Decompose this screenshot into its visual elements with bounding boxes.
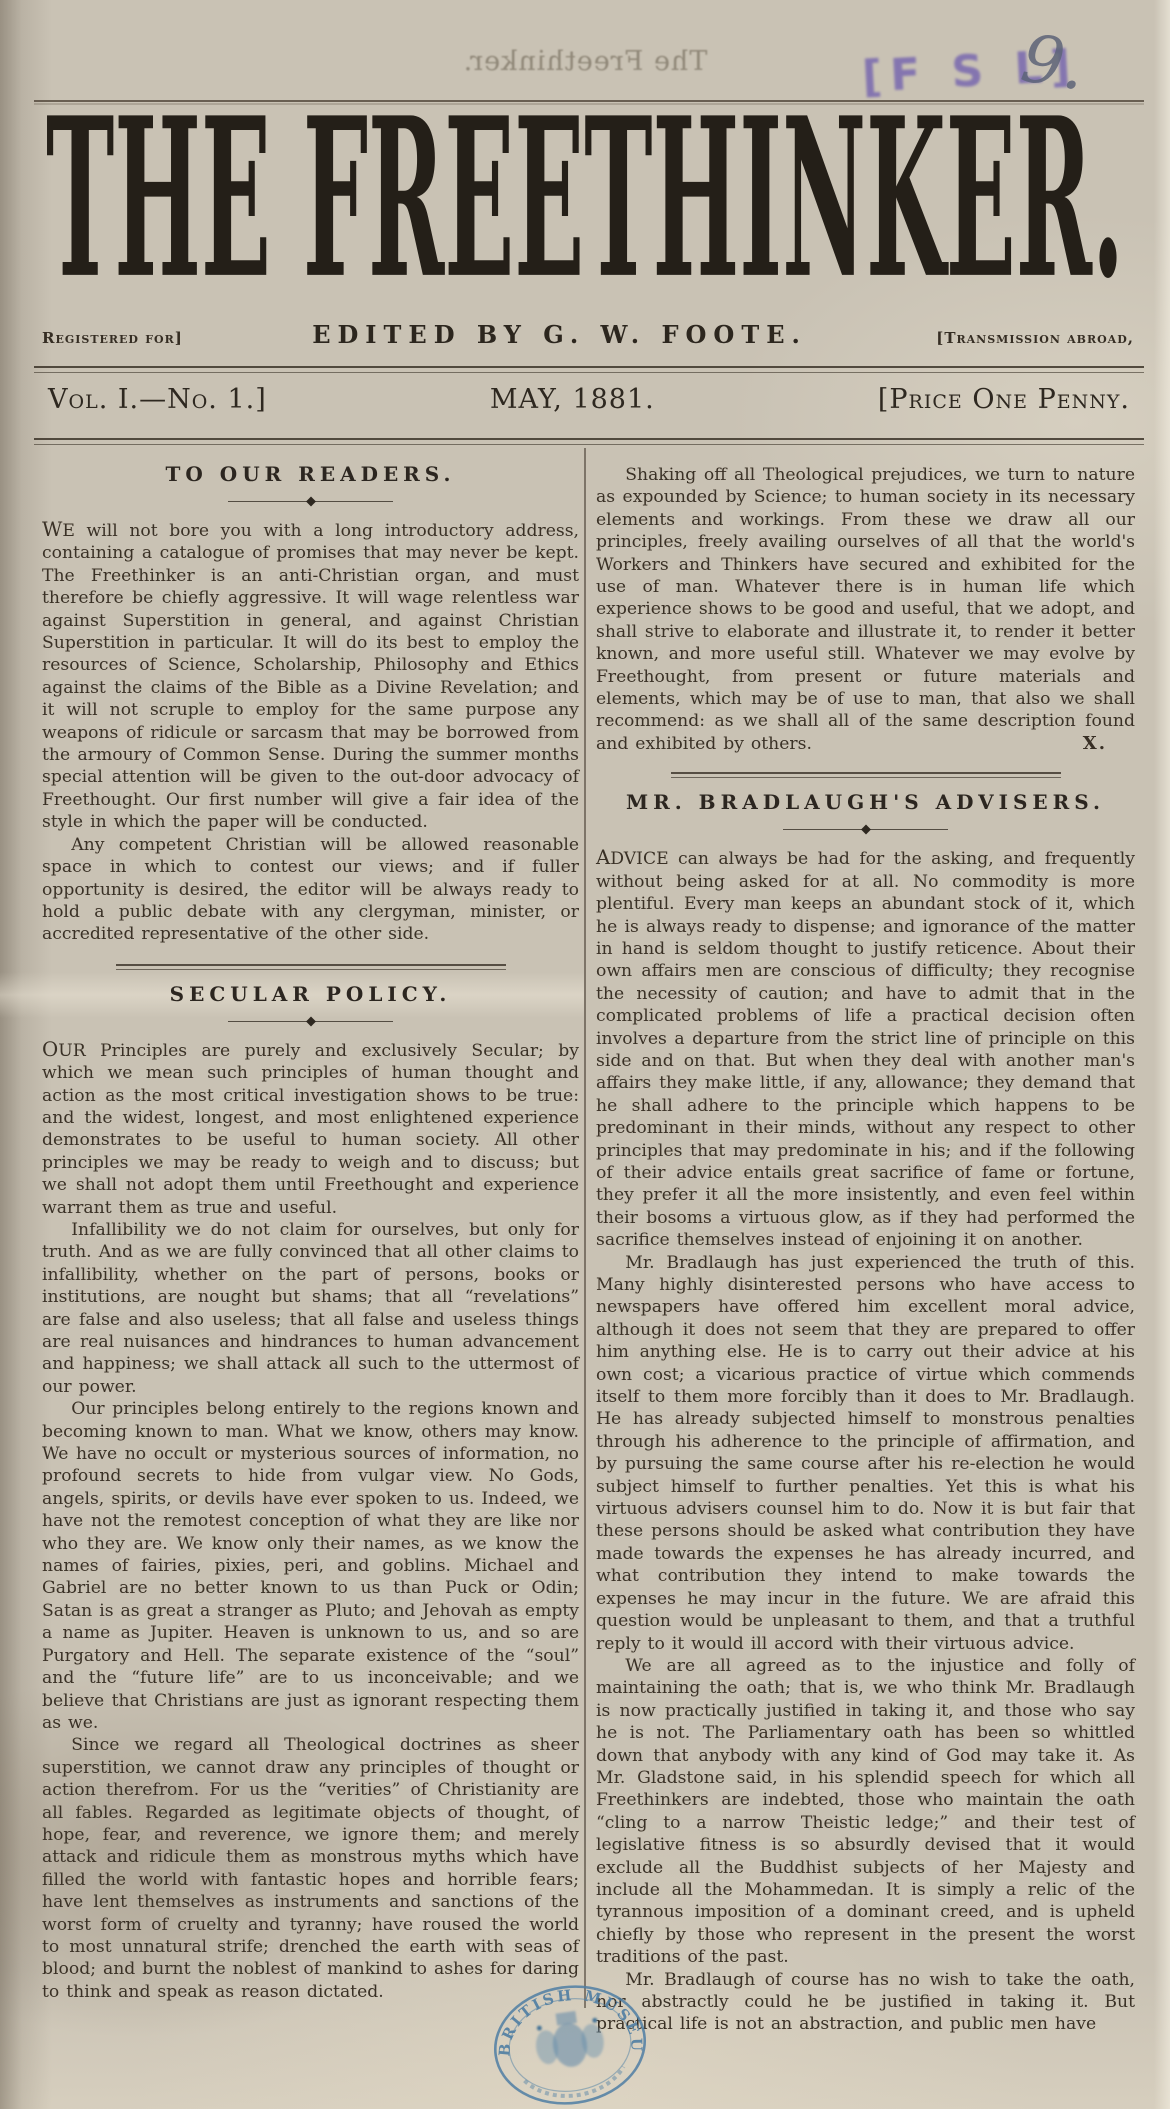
stamp-crest <box>532 2008 607 2072</box>
museum-stamp-svg: BRITISH MUSEUM <box>490 1982 650 2109</box>
paragraph: WE will not bore you with a long introdu… <box>42 519 579 834</box>
article-divider <box>116 964 506 970</box>
volume-number: Vol. I.—No. 1.] <box>48 384 267 415</box>
continuation-paragraph: Shaking off all Theological prejudices, … <box>596 464 1135 755</box>
article-heading: SECULAR POLICY. <box>42 982 579 1006</box>
column-divider-rule <box>584 448 586 2008</box>
british-museum-stamp: BRITISH MUSEUM <box>490 1982 650 2109</box>
diamond-ornament-icon <box>306 1016 316 1026</box>
registered-note: Registered for] <box>42 329 183 347</box>
right-column: Shaking off all Theological prejudices, … <box>596 450 1135 2036</box>
article-to-our-readers: TO OUR READERS. WE will not bore you wit… <box>42 462 579 946</box>
left-column: TO OUR READERS. WE will not bore you wit… <box>42 450 579 2003</box>
volume-row: Vol. I.—No. 1.] MAY, 1881. [Price One Pe… <box>48 384 1130 415</box>
header-rule-lower <box>34 438 1144 445</box>
article-secular-policy: SECULAR POLICY. OUR Principles are purel… <box>42 982 579 2003</box>
transmission-note: [Transmission abroad, <box>936 329 1134 347</box>
header-rule-upper <box>34 366 1144 373</box>
edited-by-line: EDITED BY G. W. FOOTE. <box>312 320 807 349</box>
paragraph: Since we regard all Theological doctrine… <box>42 1734 579 2003</box>
editor-row: Registered for] EDITED BY G. W. FOOTE. [… <box>42 320 1134 349</box>
diamond-ornament-icon <box>306 497 316 507</box>
issue-date: MAY, 1881. <box>490 384 655 415</box>
heading-ornament <box>783 825 948 834</box>
price: [Price One Penny. <box>878 384 1130 415</box>
paragraph: We are all agreed as to the injustice an… <box>596 1655 1135 1969</box>
masthead: THE FREETHINKER. <box>38 98 1132 284</box>
article-heading: TO OUR READERS. <box>42 462 579 486</box>
paragraph: Any competent Christian will be allowed … <box>42 834 579 946</box>
masthead-title: THE FREETHINKER. <box>46 98 1124 284</box>
paragraph: OUR Principles are purely and exclusivel… <box>42 1039 579 1219</box>
handwritten-number: 9. <box>1016 20 1090 106</box>
newspaper-page: { "page": { "ghost_text": "The Freethink… <box>0 0 1170 2109</box>
stamp-wreath <box>525 2067 627 2102</box>
heading-ornament <box>228 1017 393 1026</box>
article-divider <box>671 772 1061 778</box>
paragraph: Our principles belong entirely to the re… <box>42 1398 579 1734</box>
paragraph: Infallibility we do not claim for oursel… <box>42 1219 579 1398</box>
paragraph: Mr. Bradlaugh of course has no wish to t… <box>596 1969 1135 2036</box>
page-right-edge <box>1154 0 1170 2109</box>
masthead-svg: THE FREETHINKER. <box>38 98 1132 284</box>
heading-ornament <box>228 497 393 506</box>
article-heading: MR. BRADLAUGH'S ADVISERS. <box>596 790 1135 814</box>
paragraph: ADVICE can always be had for the asking,… <box>596 847 1135 1251</box>
diamond-ornament-icon <box>861 825 871 835</box>
article-bradlaughs-advisers: MR. BRADLAUGH'S ADVISERS. ADVICE can alw… <box>596 790 1135 2036</box>
paragraph: Mr. Bradlaugh has just experienced the t… <box>596 1252 1135 1655</box>
